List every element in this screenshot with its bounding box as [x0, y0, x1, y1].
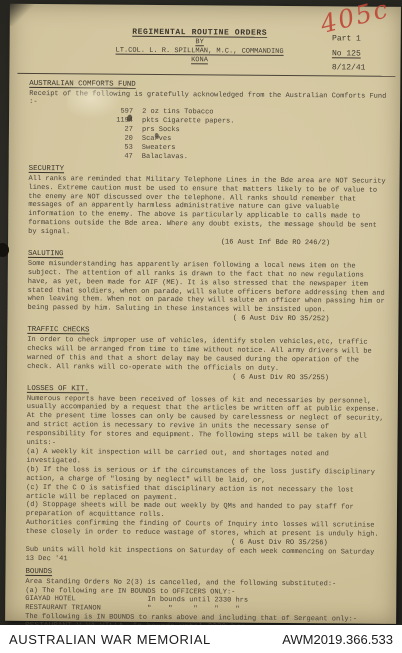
order-reference: ( 6 Aust Div RO 35/255)	[27, 372, 385, 384]
section-heading: TRAFFIC CHECKS	[27, 326, 89, 335]
section-heading: BOUNDS	[25, 568, 52, 577]
item-desc: 2 oz tins Tobacco	[142, 108, 213, 117]
item-desc: Sweaters	[142, 144, 176, 152]
order-date: 8/12/41	[332, 61, 366, 76]
kit-step-b: (b) If the loss is serious or if the cir…	[26, 466, 384, 487]
item-qty: 47	[103, 152, 133, 161]
section-traffic-checks: TRAFFIC CHECKS In order to check imprope…	[27, 326, 385, 383]
item-desc: pkts Cigarette papers.	[142, 117, 234, 126]
section-body: Authorities confirming the finding of Co…	[26, 519, 384, 540]
order-reference: (16 Aust Inf Bde RO 246/2)	[28, 237, 386, 249]
unit-line: KONA	[59, 55, 339, 66]
awm-footer: AUSTRALIAN WAR MEMORIAL AWM2019.366.533	[0, 625, 402, 653]
section-heading: LOSSES OF KIT.	[27, 385, 89, 394]
section-heading: SALUTING	[28, 250, 64, 259]
order-number: No 125	[332, 47, 366, 62]
section-body: In order to check improper use of vehicl…	[27, 336, 385, 374]
header-right-block: Part 1 No 125 8/12/41	[332, 32, 366, 76]
section-bounds: BOUNDS Area Standing Orders No 2(3) is c…	[25, 568, 383, 634]
section-saluting: SALUTING Some misunderstanding has appar…	[27, 250, 386, 325]
item-qty: 53	[103, 143, 133, 152]
awm-footer-accession-number: AWM2019.366.533	[282, 632, 393, 647]
scan-corner-shadow	[0, 0, 46, 26]
item-desc: Balaclavas.	[142, 153, 188, 161]
section-losses-of-kit: LOSSES OF KIT. Numerous reports have bee…	[26, 385, 385, 567]
list-item: 47Balaclavas.	[103, 152, 387, 163]
order-reference: ( 6 Aust Div RO 35/252)	[27, 313, 385, 325]
section-security: SECURITY All ranks are reminded that Mil…	[28, 165, 387, 249]
section-body: All ranks are reminded that Military Tel…	[28, 175, 386, 240]
item-desc: prs Socks	[142, 126, 180, 134]
awm-footer-institution: AUSTRALIAN WAR MEMORIAL	[9, 632, 211, 647]
section-body: Sub units will hold kit inspections on S…	[26, 546, 384, 567]
item-qty: 27	[103, 126, 133, 135]
scan-background: REGIMENTAL ROUTINE ORDERS BY LT.COL. L. …	[0, 0, 402, 625]
venue-hours: In bounds until 2330 hrs	[147, 596, 248, 605]
section-body: Numerous reports have been received of l…	[26, 394, 384, 450]
venue-hours: " " " " "	[147, 605, 239, 614]
paper-crease	[67, 82, 127, 122]
section-heading: SECURITY	[29, 165, 65, 174]
section-body: Some misunderstanding has apparently ari…	[28, 260, 386, 316]
item-qty: 20	[103, 135, 133, 144]
document-page: REGIMENTAL ROUTINE ORDERS BY LT.COL. L. …	[5, 4, 401, 624]
